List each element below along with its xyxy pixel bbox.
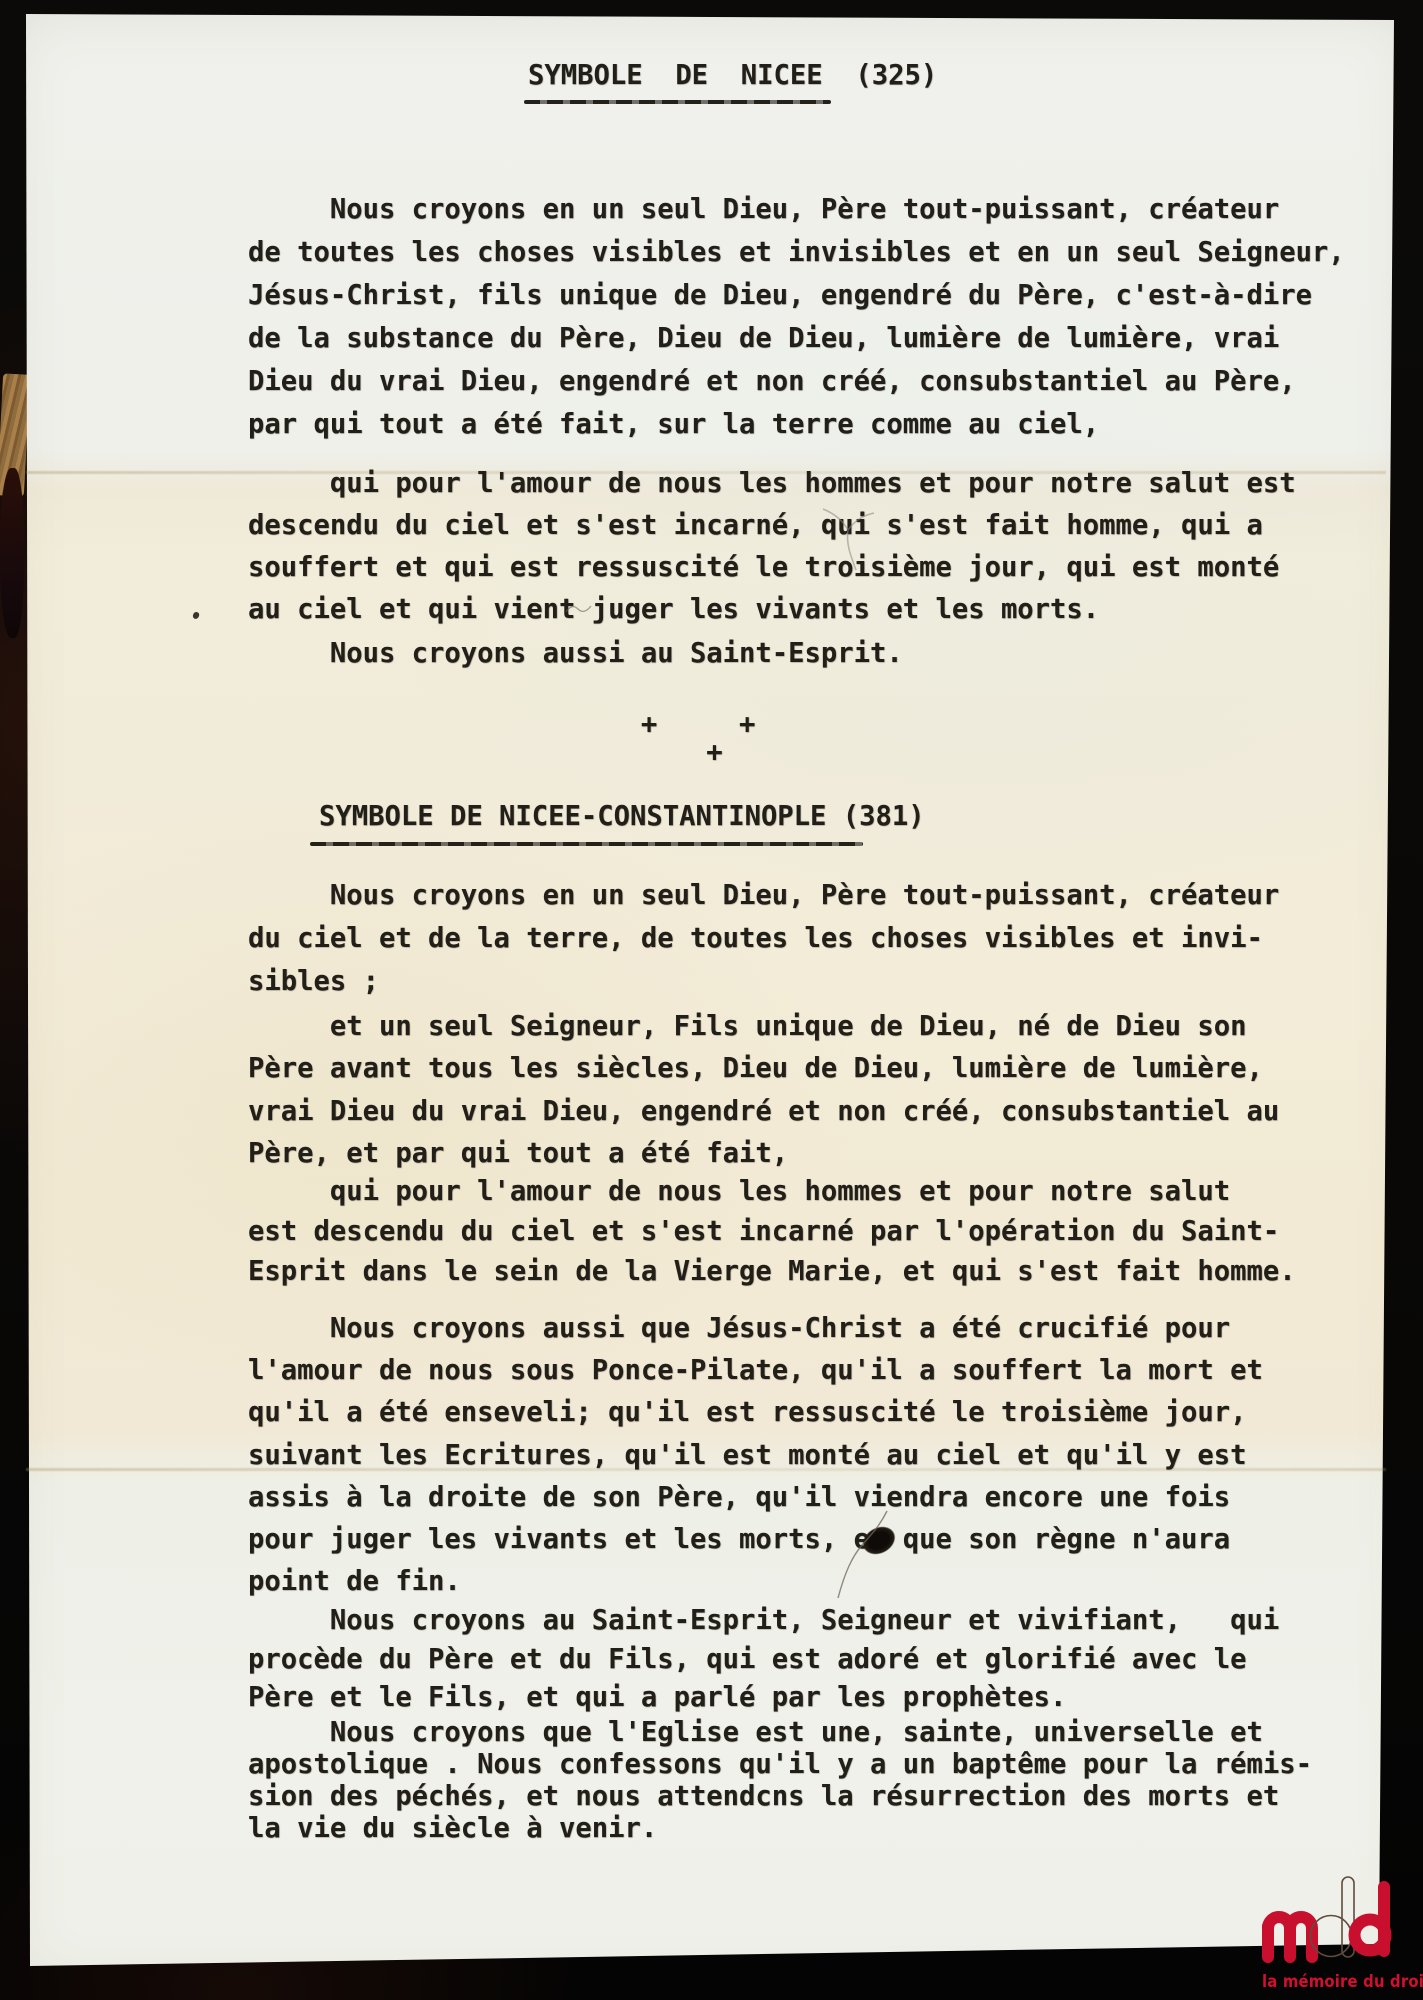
text-line: et un seul Seigneur, Fils unique de Dieu… bbox=[248, 1013, 1246, 1040]
text-line: Père, et par qui tout a été fait, bbox=[248, 1140, 788, 1167]
document-scan: SYMBOLE DE NICEE (325) Nous croyons en u… bbox=[0, 0, 1423, 2000]
text-line: procède du Père et du Fils, qui est ador… bbox=[248, 1646, 1246, 1673]
text-line: Jésus-Christ, fils unique de Dieu, engen… bbox=[248, 282, 1312, 309]
text-line: Nous croyons en un seul Dieu, Père tout-… bbox=[248, 196, 1279, 223]
text-line: Esprit dans le sein de la Vierge Marie, … bbox=[248, 1258, 1296, 1285]
text-line: descendu du ciel et s'est incarné, qui s… bbox=[248, 512, 1263, 539]
text-line: de toutes les choses visibles et invisib… bbox=[248, 239, 1345, 266]
mdd-logo bbox=[1250, 1868, 1410, 1968]
text-line: suivant les Ecritures, qu'il est monté a… bbox=[248, 1442, 1246, 1469]
text-line: + + bbox=[248, 711, 755, 738]
text-line: est descendu du ciel et s'est incarné pa… bbox=[248, 1218, 1279, 1245]
text-line: assis à la droite de son Père, qu'il vie… bbox=[248, 1484, 1230, 1511]
text-line: apostolique . Nous confessons qu'il y a … bbox=[248, 1751, 1312, 1778]
text-line: de la substance du Père, Dieu de Dieu, l… bbox=[248, 325, 1279, 352]
text-line: Nous croyons aussi au Saint-Esprit. bbox=[248, 640, 903, 667]
text-line: la vie du siècle à venir. bbox=[248, 1815, 657, 1842]
text-line: vrai Dieu du vrai Dieu, engendré et non … bbox=[248, 1098, 1279, 1125]
text-line: + bbox=[248, 739, 723, 766]
logo-letter-m bbox=[1268, 1917, 1312, 1957]
text-line: souffert et qui est ressuscité le troisi… bbox=[248, 554, 1279, 581]
text-line: Nous croyons aussi que Jésus-Christ a ét… bbox=[248, 1315, 1230, 1342]
logo-letter-d bbox=[1355, 1887, 1386, 1951]
text-line: pour juger les vivants et les morts, et … bbox=[248, 1526, 1230, 1553]
text-line: qu'il a été enseveli; qu'il est ressusci… bbox=[248, 1399, 1246, 1426]
text-line: sibles ; bbox=[248, 968, 379, 995]
heading-underline bbox=[524, 100, 831, 104]
text-line: Nous croyons en un seul Dieu, Père tout-… bbox=[248, 882, 1279, 909]
text-line: Père et le Fils, et qui a parlé par les … bbox=[248, 1684, 1066, 1711]
section-heading: SYMBOLE DE NICEE (325) bbox=[528, 62, 937, 89]
paper-edge-shadow-debris bbox=[0, 468, 24, 638]
text-line: qui pour l'amour de nous les hommes et p… bbox=[248, 470, 1296, 497]
text-line: du ciel et de la terre, de toutes les ch… bbox=[248, 925, 1263, 952]
text-line: sion des péchés, et nous attendcns la ré… bbox=[248, 1783, 1279, 1810]
text-line: Père avant tous les siècles, Dieu de Die… bbox=[248, 1055, 1263, 1082]
text-line: point de fin. bbox=[248, 1568, 461, 1595]
text-line: qui pour l'amour de nous les hommes et p… bbox=[248, 1178, 1230, 1205]
text-line: Nous croyons au Saint-Esprit, Seigneur e… bbox=[248, 1607, 1279, 1634]
watermark-tagline: la mémoire du droit bbox=[1262, 1974, 1423, 1991]
text-line: Nous croyons que l'Eglise est une, saint… bbox=[248, 1719, 1263, 1746]
text-line: au ciel et qui vient juger les vivants e… bbox=[248, 596, 1099, 623]
text-line: par qui tout a été fait, sur la terre co… bbox=[248, 411, 1099, 438]
heading-underline bbox=[310, 842, 863, 846]
text-line: Dieu du vrai Dieu, engendré et non créé,… bbox=[248, 368, 1296, 395]
text-line: l'amour de nous sous Ponce-Pilate, qu'il… bbox=[248, 1357, 1263, 1384]
section-heading: SYMBOLE DE NICEE-CONSTANTINOPLE (381) bbox=[319, 803, 925, 830]
